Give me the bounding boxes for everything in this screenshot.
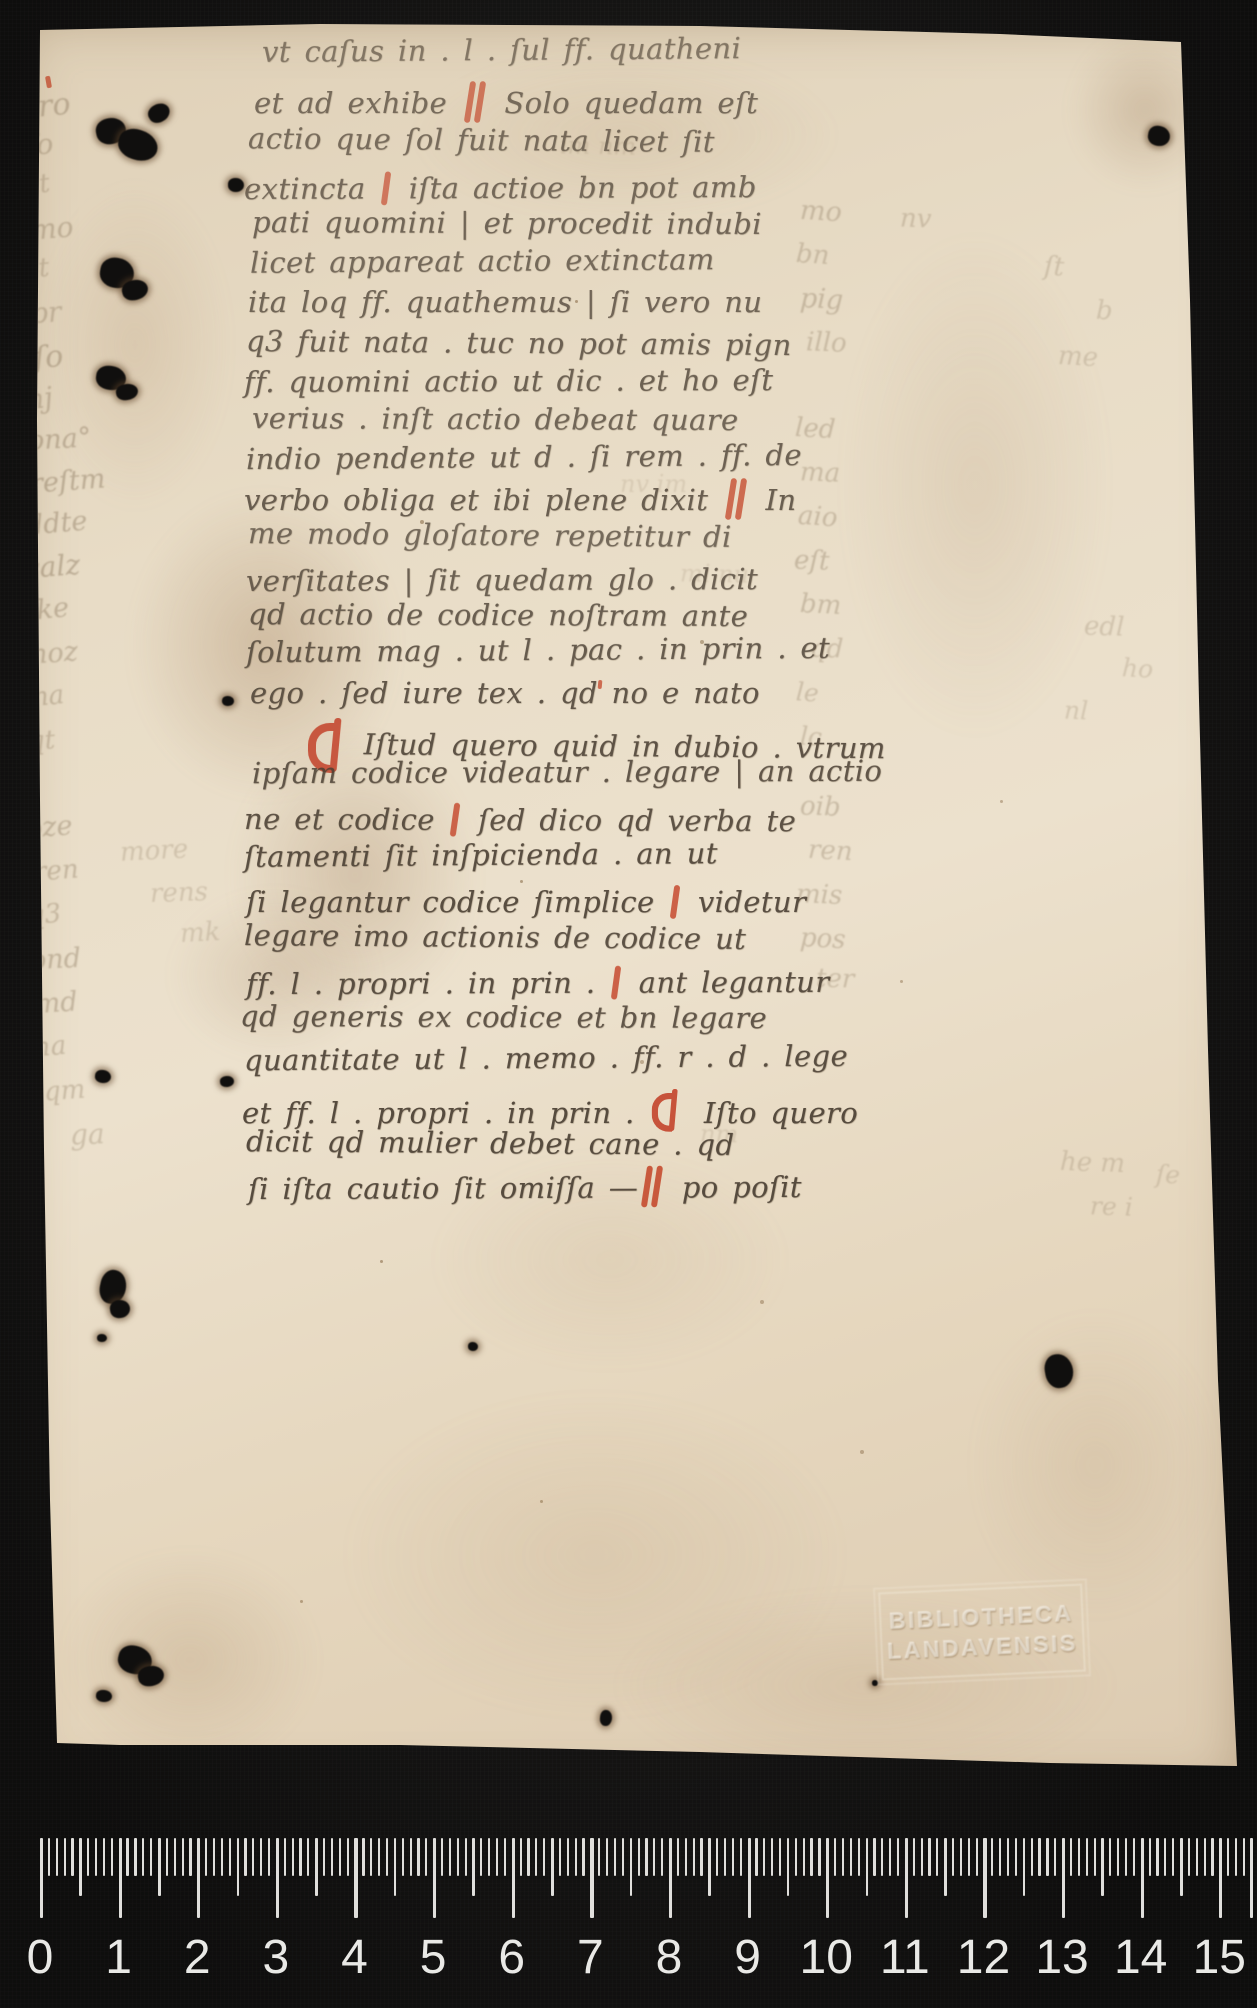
ruler-tick: [842, 1838, 844, 1876]
ruler-tick: [952, 1838, 954, 1876]
ruler-tick: [1117, 1838, 1119, 1876]
ruler-tick: [1219, 1838, 1222, 1918]
ruler-tick: [810, 1838, 812, 1876]
ruler-tick: [960, 1838, 962, 1876]
ruler-tick: [826, 1838, 829, 1918]
ruler-tick: [79, 1838, 82, 1896]
ruler-tick: [590, 1838, 593, 1918]
ruler-tick: [944, 1838, 947, 1896]
ruler-tick: [292, 1838, 294, 1876]
ruler-tick: [677, 1838, 679, 1876]
ruler-tick: [166, 1838, 168, 1876]
ruler-tick: [134, 1838, 136, 1876]
ruler: 0123456789101112131415: [0, 1838, 1257, 2008]
ruler-number: 7: [577, 1930, 604, 1985]
ruler-tick: [693, 1838, 695, 1876]
ruler-tick: [1101, 1838, 1104, 1896]
ruler-tick: [370, 1838, 372, 1876]
ruler-tick: [252, 1838, 254, 1876]
ruler-tick: [1204, 1838, 1206, 1876]
ruler-tick: [779, 1838, 781, 1876]
ruler-tick: [339, 1838, 341, 1876]
ruler-tick: [402, 1838, 404, 1876]
ruler-tick: [40, 1838, 43, 1918]
ruler-tick: [417, 1838, 419, 1876]
ruler-tick: [1196, 1838, 1198, 1876]
ruler-tick: [787, 1838, 790, 1896]
ruler-tick: [174, 1838, 176, 1876]
ruler-tick: [158, 1838, 161, 1896]
ruler-tick: [921, 1838, 923, 1876]
ruler-tick: [480, 1838, 482, 1876]
ruler-tick: [622, 1838, 624, 1876]
ruler-tick: [999, 1838, 1001, 1876]
ruler-tick: [1054, 1838, 1056, 1876]
ruler-tick: [512, 1838, 515, 1918]
ruler-tick: [268, 1838, 270, 1876]
ruler-tick: [795, 1838, 797, 1876]
ruler-tick: [237, 1838, 240, 1896]
ruler-tick: [1125, 1838, 1127, 1876]
ruler-tick: [299, 1838, 301, 1876]
ruler-tick: [386, 1838, 388, 1876]
ruler-number: 13: [1035, 1930, 1088, 1985]
ruler-tick: [858, 1838, 860, 1876]
ruler-tick: [873, 1838, 875, 1876]
ruler-tick: [87, 1838, 89, 1876]
ruler-number: 6: [498, 1930, 525, 1985]
ruler-tick: [323, 1838, 325, 1876]
ruler-tick: [551, 1838, 554, 1896]
ruler-number: 0: [27, 1930, 54, 1985]
ruler-tick: [1235, 1838, 1237, 1876]
ruler-tick: [724, 1838, 726, 1876]
ruler-tick: [771, 1838, 773, 1876]
ruler-tick: [504, 1838, 506, 1876]
ruler-tick: [48, 1838, 50, 1876]
ruler-tick: [229, 1838, 231, 1876]
ruler-tick: [1227, 1838, 1229, 1876]
ruler-tick: [1094, 1838, 1096, 1876]
ruler-tick: [1031, 1838, 1033, 1876]
ruler-tick: [276, 1838, 279, 1918]
ruler-tick: [354, 1838, 357, 1918]
ruler-tick: [362, 1838, 364, 1876]
ruler-tick: [1109, 1838, 1111, 1876]
ruler-tick: [1038, 1838, 1040, 1876]
ruler-tick: [630, 1838, 633, 1896]
ruler-number: 12: [957, 1930, 1010, 1985]
ruler-tick: [575, 1838, 577, 1876]
ruler-tick: [95, 1838, 97, 1876]
ruler-tick: [834, 1838, 836, 1876]
ruler-tick: [968, 1838, 970, 1876]
ruler-tick: [1211, 1838, 1213, 1876]
ruler-tick: [150, 1838, 152, 1876]
red-margin-mark: [36, 1292, 43, 1299]
ruler-tick: [347, 1838, 349, 1876]
ruler-tick: [64, 1838, 66, 1876]
ruler-number: 14: [1114, 1930, 1167, 1985]
ruler-tick: [755, 1838, 757, 1876]
ruler-tick: [1141, 1838, 1144, 1918]
ruler-tick: [496, 1838, 498, 1876]
ruler-tick: [645, 1838, 647, 1876]
ruler-tick: [708, 1838, 711, 1896]
ruler-tick: [889, 1838, 891, 1876]
ruler-tick: [1133, 1838, 1135, 1876]
ruler-number: 8: [656, 1930, 683, 1985]
ruler-tick: [331, 1838, 333, 1876]
ruler-tick: [1007, 1838, 1009, 1876]
ruler-tick: [803, 1838, 805, 1876]
ruler-number: 3: [263, 1930, 290, 1985]
ruler-tick: [441, 1838, 443, 1876]
ruler-tick: [866, 1838, 869, 1896]
ruler-tick: [1062, 1838, 1065, 1918]
ruler-number: 10: [799, 1930, 852, 1985]
ruler-tick: [244, 1838, 246, 1876]
ruler-tick: [457, 1838, 459, 1876]
ruler-tick: [213, 1838, 215, 1876]
ruler-tick: [103, 1838, 105, 1876]
ruler-tick: [897, 1838, 899, 1876]
ruler-tick: [1015, 1838, 1017, 1876]
ruler-tick: [527, 1838, 529, 1876]
manuscript-page: roſoetmontprſonjona°reſtmddtecalzlkenozm…: [0, 0, 1257, 1810]
ruler-number: 4: [341, 1930, 368, 1985]
ruler-tick: [119, 1838, 122, 1918]
ruler-tick: [582, 1838, 584, 1876]
ruler-tick: [197, 1838, 200, 1918]
ruler-tick: [559, 1838, 561, 1876]
page-edge-shading: [0, 0, 1257, 1810]
photo-stage: roſoetmontprſonjona°reſtmddtecalzlkenozm…: [0, 0, 1257, 2008]
ruler-tick: [260, 1838, 262, 1876]
ruler-number: 1: [105, 1930, 132, 1985]
ruler-tick: [111, 1838, 113, 1876]
ruler-tick: [850, 1838, 852, 1876]
ruler-tick: [905, 1838, 908, 1918]
ruler-tick: [307, 1838, 309, 1876]
ruler-number: 5: [420, 1930, 447, 1985]
ruler-tick: [661, 1838, 663, 1876]
ruler-tick: [465, 1838, 467, 1876]
ruler-tick: [535, 1838, 537, 1876]
ruler-tick: [182, 1838, 184, 1876]
ruler-tick: [567, 1838, 569, 1876]
ruler-tick: [732, 1838, 734, 1876]
ruler-tick: [378, 1838, 380, 1876]
ruler-tick: [740, 1838, 742, 1876]
ruler-tick: [598, 1838, 600, 1876]
ruler-tick: [716, 1838, 718, 1876]
ruler-tick: [56, 1838, 58, 1876]
ruler-tick: [394, 1838, 397, 1896]
ruler-tick: [638, 1838, 640, 1876]
ruler-tick: [126, 1838, 128, 1876]
ruler-tick: [983, 1838, 986, 1918]
ruler-tick: [1188, 1838, 1190, 1876]
ruler-tick: [433, 1838, 436, 1918]
ruler-tick: [1149, 1838, 1151, 1876]
ruler-tick: [1046, 1838, 1048, 1876]
ruler-tick: [881, 1838, 883, 1876]
ruler-tick: [472, 1838, 475, 1896]
ruler-number: 11: [880, 1930, 930, 1985]
ruler-tick: [991, 1838, 993, 1876]
ruler-tick: [1023, 1838, 1026, 1896]
ruler-tick: [1243, 1838, 1245, 1876]
ruler-tick: [449, 1838, 451, 1876]
ruler-tick: [1250, 1838, 1253, 1918]
ruler-tick: [936, 1838, 938, 1876]
ruler-tick: [700, 1838, 702, 1876]
ruler-number: 15: [1193, 1930, 1246, 1985]
ruler-tick: [976, 1838, 978, 1876]
ruler-tick: [1172, 1838, 1174, 1876]
ruler-tick: [543, 1838, 545, 1876]
ruler-tick: [818, 1838, 820, 1876]
ruler-tick: [1180, 1838, 1183, 1896]
ruler-number: 2: [184, 1930, 211, 1985]
ruler-tick: [221, 1838, 223, 1876]
ruler-tick: [614, 1838, 616, 1876]
ruler-tick: [606, 1838, 608, 1876]
ruler-tick: [142, 1838, 144, 1876]
ruler-tick: [71, 1838, 73, 1876]
ruler-tick: [653, 1838, 655, 1876]
ruler-tick: [669, 1838, 672, 1918]
ruler-tick: [1164, 1838, 1166, 1876]
ruler-tick: [284, 1838, 286, 1876]
ruler-tick: [748, 1838, 751, 1918]
ruler-tick: [763, 1838, 765, 1876]
ruler-number: 9: [734, 1930, 761, 1985]
ruler-tick: [520, 1838, 522, 1876]
ruler-tick: [315, 1838, 318, 1896]
ruler-tick: [410, 1838, 412, 1876]
ruler-tick: [425, 1838, 427, 1876]
ruler-tick: [1156, 1838, 1158, 1876]
ruler-tick: [1070, 1838, 1072, 1876]
ruler-tick: [913, 1838, 915, 1876]
ruler-tick: [1086, 1838, 1088, 1876]
ruler-tick: [928, 1838, 930, 1876]
ruler-tick: [205, 1838, 207, 1876]
ruler-tick: [685, 1838, 687, 1876]
ruler-tick: [488, 1838, 490, 1876]
ruler-tick: [1078, 1838, 1080, 1876]
ruler-tick: [189, 1838, 191, 1876]
